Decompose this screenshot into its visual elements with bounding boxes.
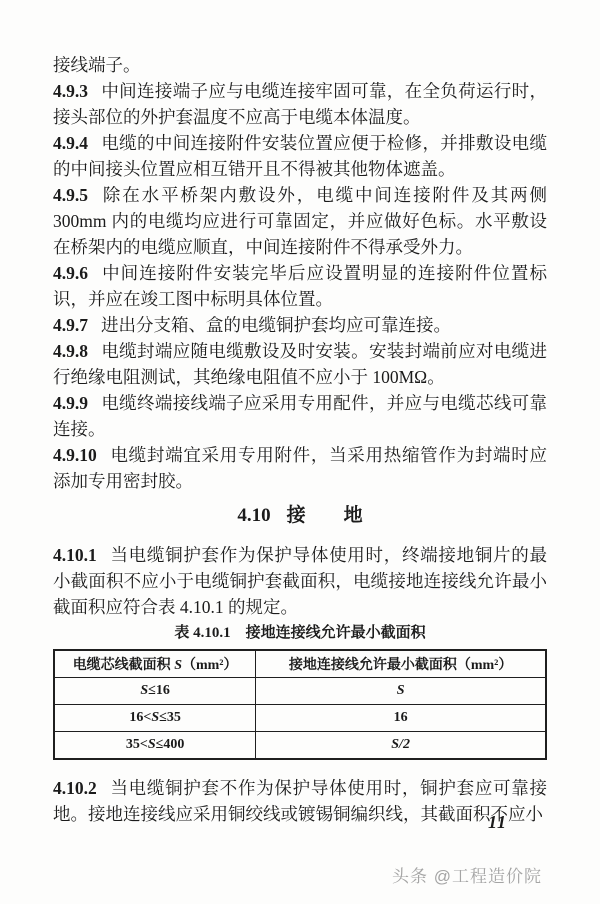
clause-number: 4.9.9 bbox=[53, 393, 88, 413]
clause-4-9-9: 4.9.9电缆终端接线端子应采用专用配件，并应与电缆芯线可靠连接。 bbox=[53, 390, 547, 442]
section-number: 4.10 bbox=[237, 505, 270, 526]
clause-4-9-5: 4.9.5除在水平桥架内敷设外，电缆中间连接附件及其两侧300mm 内的电缆均应… bbox=[53, 182, 547, 260]
clause-4-9-3: 4.9.3中间连接端子应与电缆连接牢固可靠，在全负荷运行时，接头部位的外护套温度… bbox=[53, 78, 547, 130]
table-caption: 表 4.10.1 接地连接线允许最小截面积 bbox=[53, 623, 547, 644]
table-row: S≤16 S bbox=[54, 678, 546, 705]
clause-text: 电缆的中间连接附件安装位置应便于检修，并排敷设电缆的中间接头位置应相互错开且不得… bbox=[53, 133, 547, 179]
table-cell-range: 35<S≤400 bbox=[54, 732, 256, 760]
clause-text: 当电缆铜护套不作为保护导体使用时，铜护套应可靠接地。接地连接线应采用铜绞线或镀锡… bbox=[53, 778, 547, 824]
clause-4-9-7: 4.9.7进出分支箱、盒的电缆铜护套均应可靠连接。 bbox=[53, 312, 547, 338]
clause-number: 4.9.3 bbox=[53, 81, 88, 101]
clause-number: 4.9.6 bbox=[53, 263, 88, 283]
watermark: 头条 @工程造价院 bbox=[392, 862, 542, 887]
clause-4-9-10: 4.9.10电缆封端宜采用专用附件，当采用热缩管作为封端时应添加专用密封胶。 bbox=[53, 442, 547, 494]
clause-number: 4.9.7 bbox=[53, 315, 88, 335]
table-header-min-section: 接地连接线允许最小截面积（mm²） bbox=[256, 650, 546, 678]
table-cell-range: 16<S≤35 bbox=[54, 705, 256, 732]
clause-text: 当电缆铜护套作为保护导体使用时，终端接地铜片的最小截面积不应小于电缆铜护套截面积… bbox=[53, 545, 547, 617]
clause-text: 电缆终端接线端子应采用专用配件，并应与电缆芯线可靠连接。 bbox=[53, 393, 547, 439]
table-cell-value: S bbox=[256, 678, 546, 705]
clause-number: 4.10.2 bbox=[53, 778, 97, 798]
clause-4-9-6: 4.9.6中间连接附件安装完毕后应设置明显的连接附件位置标识，并应在竣工图中标明… bbox=[53, 260, 547, 312]
table-header-cable-core: 电缆芯线截面积 S（mm²） bbox=[54, 650, 256, 678]
clause-text: 中间连接端子应与电缆连接牢固可靠，在全负荷运行时，接头部位的外护套温度不应高于电… bbox=[53, 81, 547, 127]
section-title: 接 地 bbox=[287, 505, 363, 526]
clause-number: 4.9.5 bbox=[53, 185, 88, 205]
clause-text: 电缆封端应随电缆敷设及时安装。安装封端前应对电缆进行绝缘电阻测试，其绝缘电阻值不… bbox=[53, 341, 547, 387]
section-heading-4-10: 4.10接 地 bbox=[53, 503, 547, 529]
clause-text: 电缆封端宜采用专用附件，当采用热缩管作为封端时应添加专用密封胶。 bbox=[53, 445, 547, 491]
clause-number: 4.9.8 bbox=[53, 341, 88, 361]
clause-4-10-2: 4.10.2当电缆铜护套不作为保护导体使用时，铜护套应可靠接地。接地连接线应采用… bbox=[53, 775, 547, 827]
table-row: 16<S≤35 16 bbox=[54, 705, 546, 732]
document-page: 接线端子。 4.9.3中间连接端子应与电缆连接牢固可靠，在全负荷运行时，接头部位… bbox=[0, 0, 600, 904]
clause-number: 4.10.1 bbox=[53, 545, 97, 565]
min-cross-section-table: 电缆芯线截面积 S（mm²） 接地连接线允许最小截面积（mm²） S≤16 S … bbox=[53, 649, 547, 760]
table-cell-range: S≤16 bbox=[54, 678, 256, 705]
table-header-row: 电缆芯线截面积 S（mm²） 接地连接线允许最小截面积（mm²） bbox=[54, 650, 546, 678]
table-cell-value: 16 bbox=[256, 705, 546, 732]
clause-4-10-1: 4.10.1当电缆铜护套作为保护导体使用时，终端接地铜片的最小截面积不应小于电缆… bbox=[53, 542, 547, 620]
clause-text: 接线端子。 bbox=[53, 55, 141, 75]
page-number: 11 bbox=[488, 812, 507, 833]
clause-text: 中间连接附件安装完毕后应设置明显的连接附件位置标识，并应在竣工图中标明具体位置。 bbox=[53, 263, 547, 309]
clause-text: 除在水平桥架内敷设外，电缆中间连接附件及其两侧300mm 内的电缆均应进行可靠固… bbox=[53, 185, 547, 257]
clause-text: 进出分支箱、盒的电缆铜护套均应可靠连接。 bbox=[101, 315, 451, 335]
clause-4-9-4: 4.9.4电缆的中间连接附件安装位置应便于检修，并排敷设电缆的中间接头位置应相互… bbox=[53, 130, 547, 182]
table-cell-value: S/2 bbox=[256, 732, 546, 760]
clause-number: 4.9.10 bbox=[53, 445, 97, 465]
clause-4-9-8: 4.9.8电缆封端应随电缆敷设及时安装。安装封端前应对电缆进行绝缘电阻测试，其绝… bbox=[53, 338, 547, 390]
table-row: 35<S≤400 S/2 bbox=[54, 732, 546, 760]
clause-continuation: 接线端子。 bbox=[53, 52, 547, 78]
clause-number: 4.9.4 bbox=[53, 133, 88, 153]
